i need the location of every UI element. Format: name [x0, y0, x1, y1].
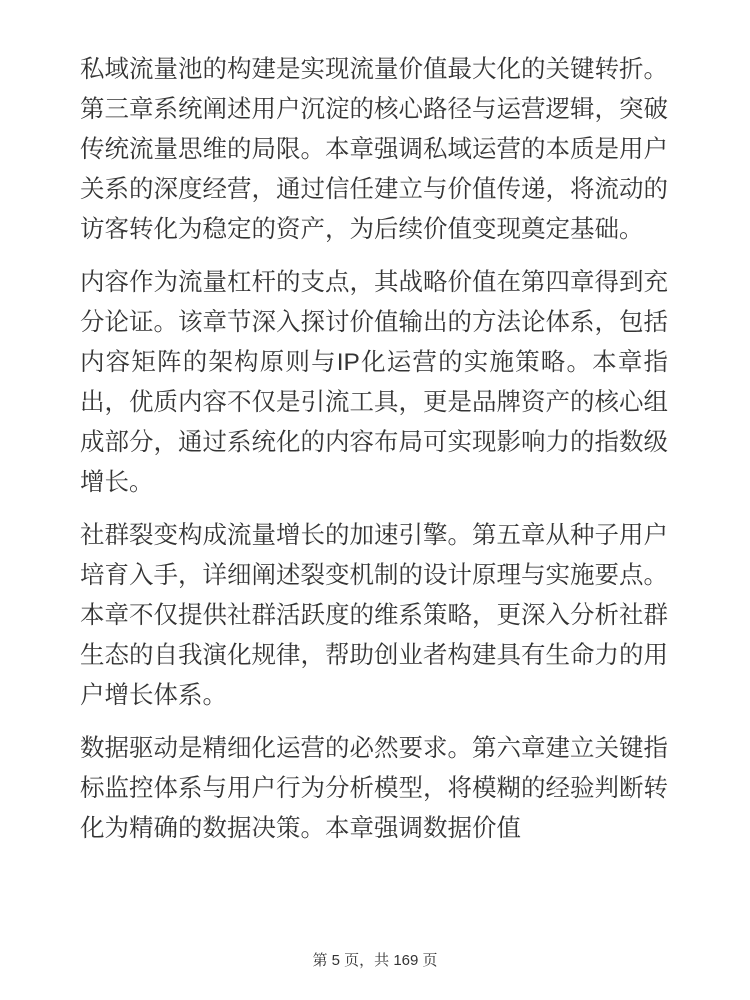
document-page: 私域流量池的构建是实现流量价值最大化的关键转折。第三章系统阐述用户沉淀的核心路径…	[0, 0, 750, 1000]
page-content: 私域流量池的构建是实现流量价值最大化的关键转折。第三章系统阐述用户沉淀的核心路径…	[80, 50, 668, 862]
paragraph-content-leverage: 内容作为流量杠杆的支点，其战略价值在第四章得到充分论证。该章节深入探讨价值输出的…	[80, 263, 668, 503]
paragraph-data-driven: 数据驱动是精细化运营的必然要求。第六章建立关键指标监控体系与用户行为分析模型，将…	[80, 729, 668, 849]
paragraph-community-fission: 社群裂变构成流量增长的加速引擎。第五章从种子用户培育入手，详细阐述裂变机制的设计…	[80, 516, 668, 716]
paragraph-private-traffic: 私域流量池的构建是实现流量价值最大化的关键转折。第三章系统阐述用户沉淀的核心路径…	[80, 50, 668, 250]
page-indicator: 第 5 页，共 169 页	[0, 952, 750, 970]
